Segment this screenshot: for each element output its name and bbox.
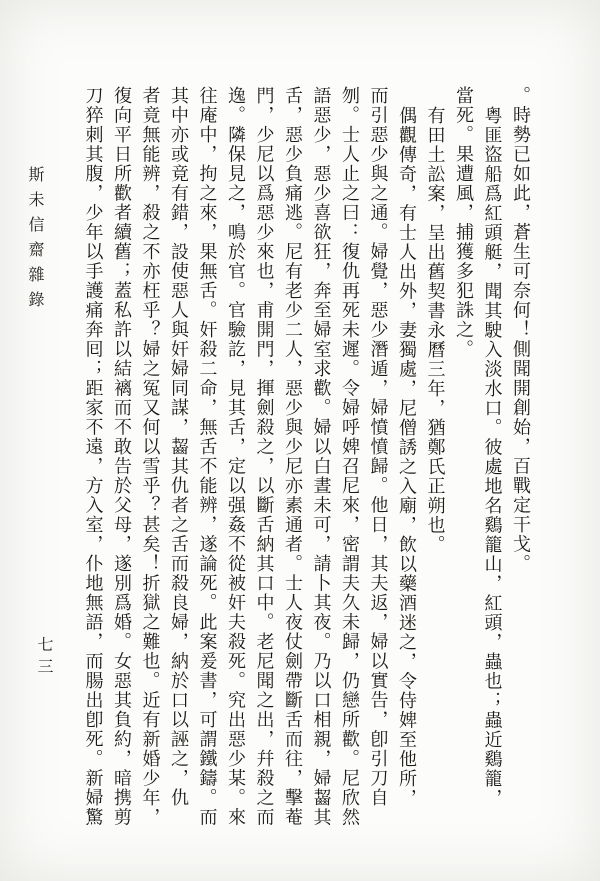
text-column-7: 刎。士人止之曰：復仇再死未遲。令婦呼婢召尼來，密謂夫久未歸，仍戀所歡。尼欣然 xyxy=(335,86,364,832)
book-page: 斯未信齋雜錄 七三 。時勢已如此，蒼生可奈何！側聞開創始，百戰定干戈。 粤匪盜船… xyxy=(0,0,600,881)
text-block: 。時勢已如此，蒼生可奈何！側聞開創始，百戰定干戈。 粤匪盜船爲紅頭艇，聞其駛入淡… xyxy=(76,86,534,832)
text-column-4: 有田土訟案，呈出舊契書永曆三年，猶鄭氏正朔也。 xyxy=(420,86,449,852)
book-margin-title: 斯未信齋雜錄 xyxy=(24,166,47,316)
text-column-6: 而引惡少與之通。婦覺，惡少潛遁，婦憤憤歸。他日，其夫返，婦以實告，卽引刀自 xyxy=(363,86,392,832)
text-column-1: 。時勢已如此，蒼生可奈何！側聞開創始，百戰定干戈。 xyxy=(506,86,535,832)
text-column-9: 舌，惡少負痛逃。尼有老少二人，惡少與少尼亦素通者。士人夜仗劍帶斷舌而往，擊菴 xyxy=(278,86,307,832)
text-column-5: 偶觀傳奇，有士人出外，妻獨處，尼僧誘之入廟，飲以藥酒迷之，令侍婢至他所， xyxy=(392,86,421,852)
text-column-3: 當死。果遭風，捕獲多犯誅之。 xyxy=(449,86,478,832)
text-column-10: 門，少尼以爲惡少來也，甫開門，揮劍殺之，以斷舌納其口中。老尼聞之出，幷殺之而 xyxy=(249,86,278,832)
text-column-16: 刀猝刺其腹，少年以手護痛奔囘；距家不遠，方入室，仆地無語，而腸出卽死。新婦驚 xyxy=(78,86,107,832)
text-column-2: 粤匪盜船爲紅頭艇，聞其駛入淡水口。彼處地名鷄籠山，紅頭，蟲也；蟲近鷄籠， xyxy=(477,86,506,852)
text-column-11: 逸。隣保見之，鳴於官。官驗訖，見其舌，定以强姦不從被奸夫殺死。究出惡少某。來 xyxy=(221,86,250,832)
text-column-14: 者竟無能辨，殺之不亦枉乎？婦之冤又何以雪乎？甚矣！折獄之難也。近有新婚少年， xyxy=(135,86,164,832)
text-column-8: 語惡少，惡少喜欲狂，奔至婦室求歡。婦以白晝未可，請卜其夜。乃以口相親，婦齧其 xyxy=(306,86,335,832)
text-column-13: 其中亦或竟有錯，設使惡人與奸婦同謀，齧其仇者之舌而殺良婦，納於口以誣之，仇 xyxy=(164,86,193,832)
page-number: 七三 xyxy=(33,636,56,680)
text-column-12: 往庵中，拘之來，果無舌。奸殺二命，無舌不能辨，遂論死。此案爰書，可謂鐵鑄。而 xyxy=(192,86,221,832)
text-column-15: 復向平日所歡者續舊；蓋私許以結褵而不敢告於父母，遂別爲婚。女惡其負約，暗携剪 xyxy=(107,86,136,832)
